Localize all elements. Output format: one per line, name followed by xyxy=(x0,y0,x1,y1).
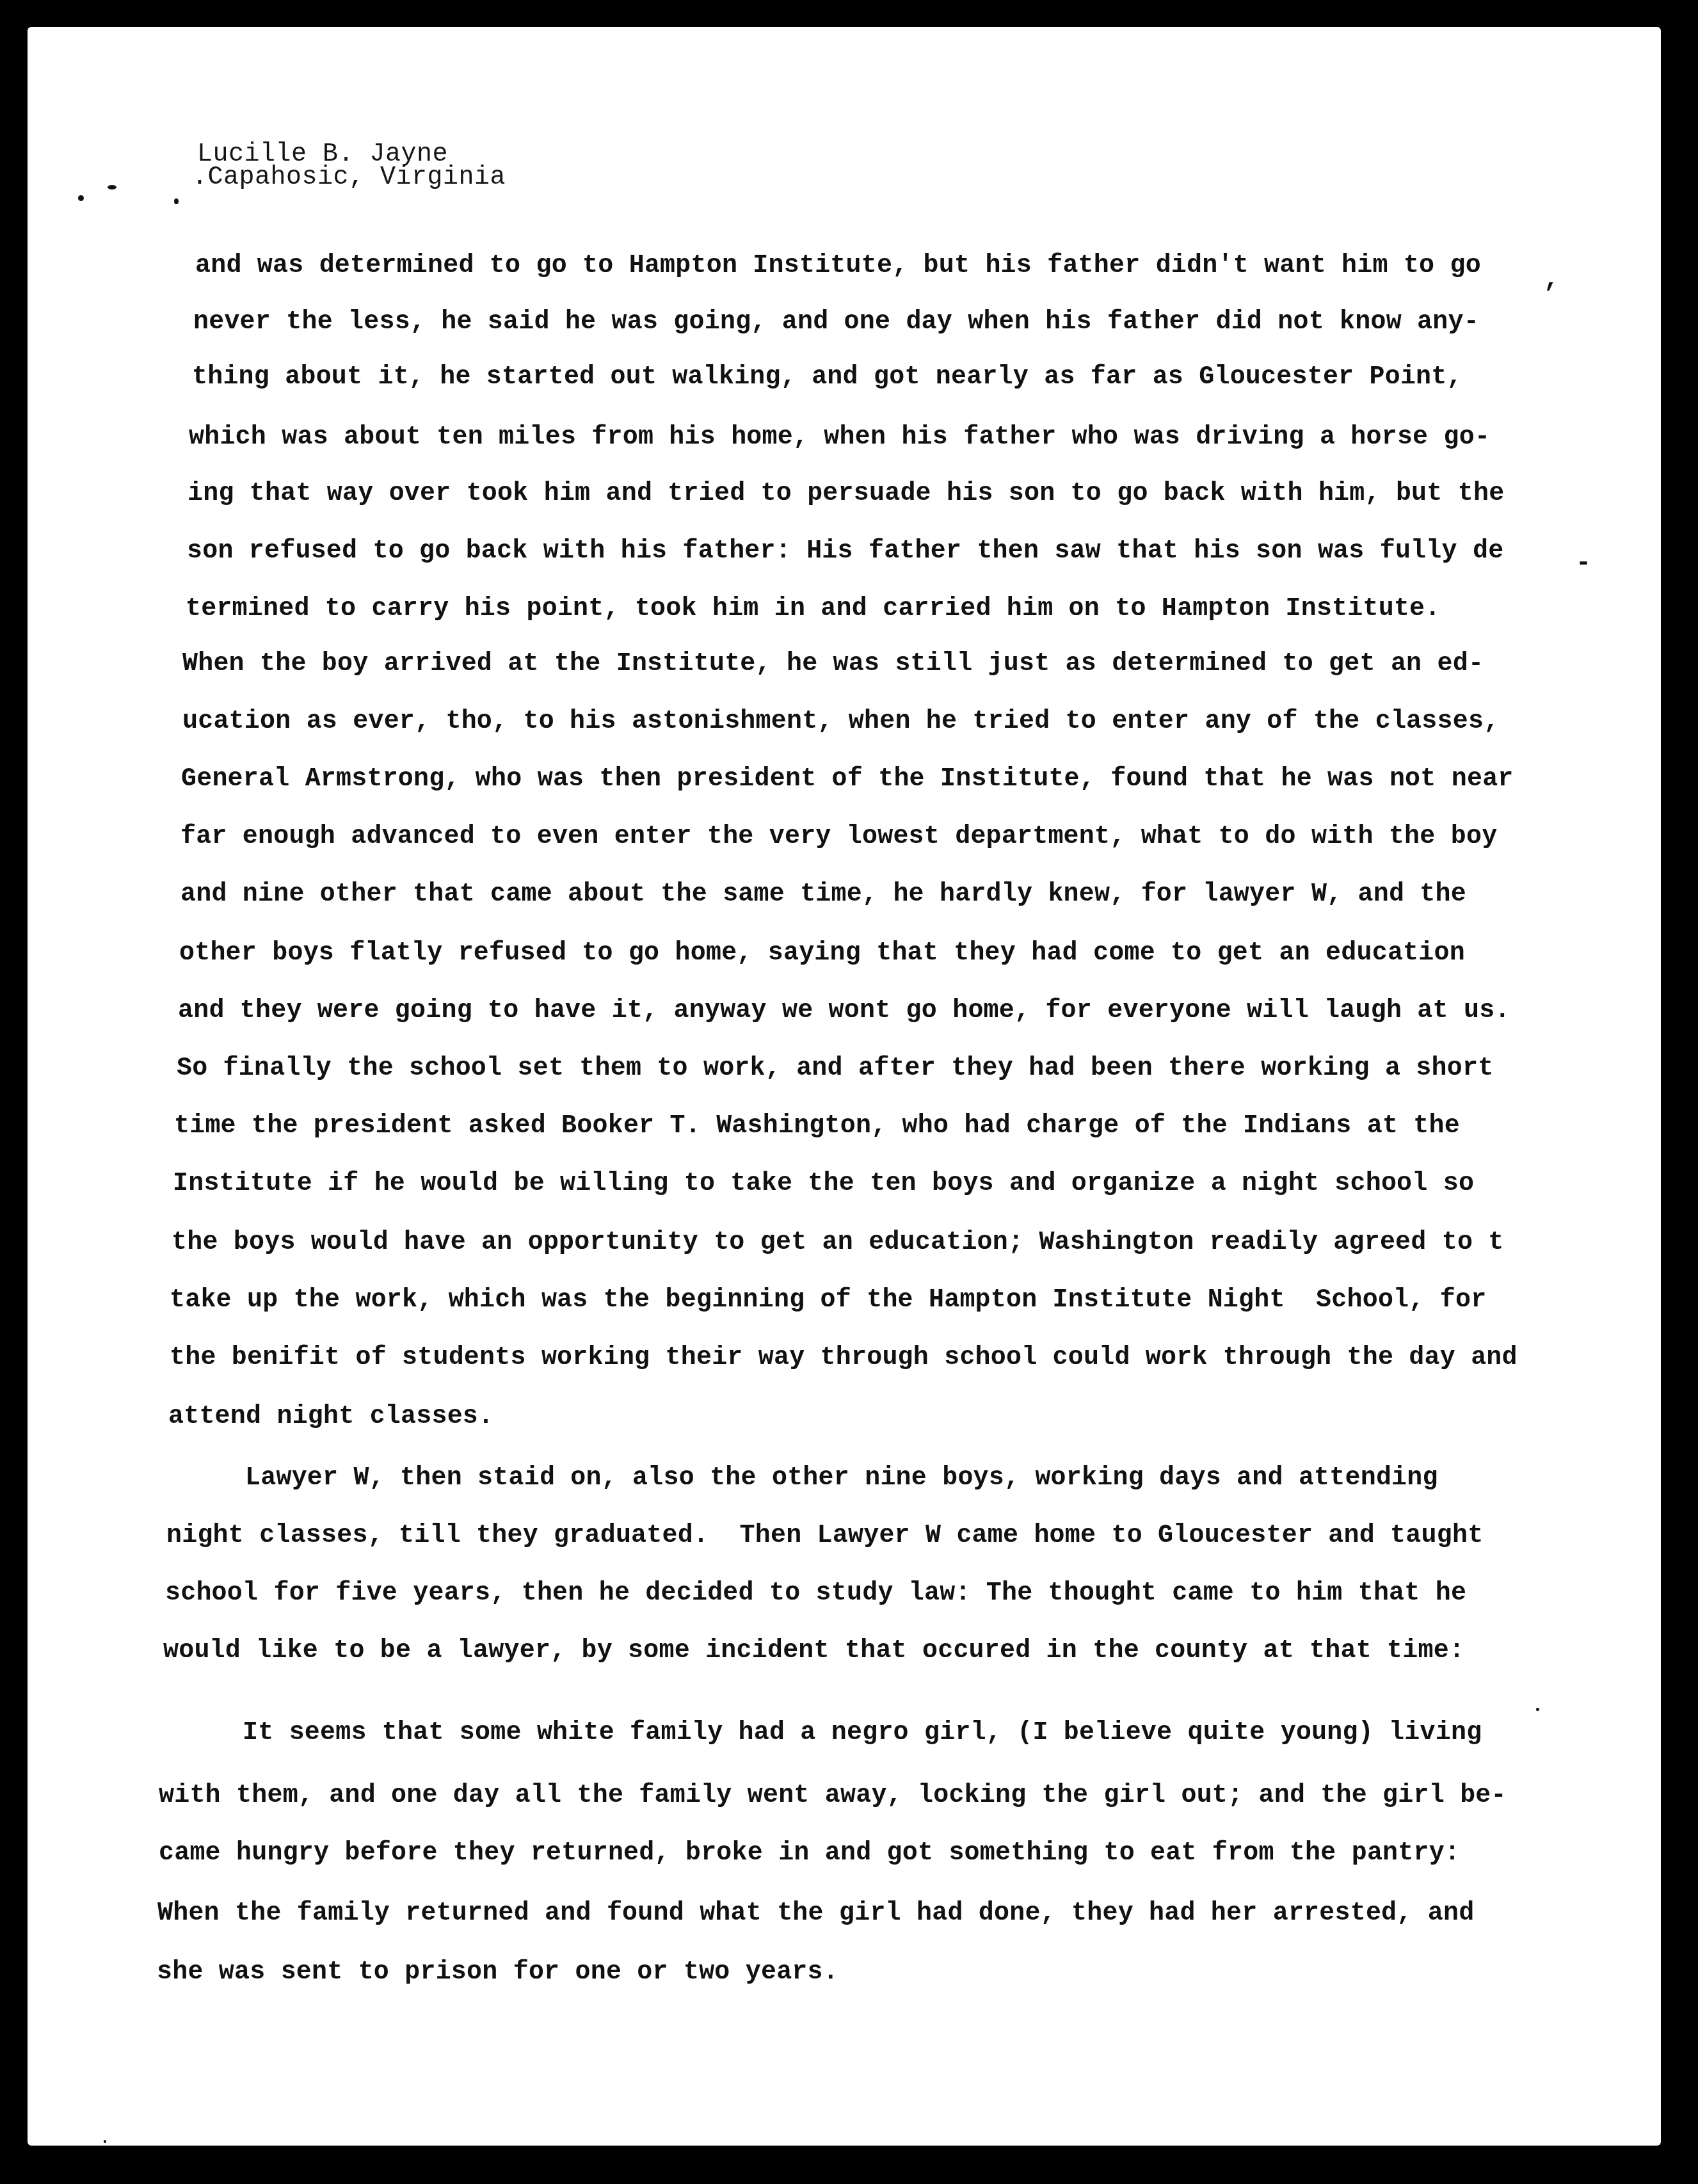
text-line: and they were going to have it, anyway w… xyxy=(178,996,1510,1027)
text-line: and nine other that came about the same … xyxy=(180,879,1466,910)
text-line: with them, and one day all the family we… xyxy=(159,1781,1507,1811)
text-line: ucation as ever, tho, to his astonishmen… xyxy=(182,707,1499,737)
ink-speck xyxy=(108,185,116,189)
text-line: night classes, till they graduated. Then… xyxy=(166,1521,1483,1552)
ink-speck xyxy=(174,198,179,204)
text-line: ing that way over took him and tried to … xyxy=(188,479,1504,510)
text-line: never the less, he said he was going, an… xyxy=(193,307,1479,338)
text-line: So finally the school set them to work, … xyxy=(177,1054,1493,1084)
text-line: attend night classes. xyxy=(168,1402,493,1433)
ink-speck xyxy=(1536,1708,1539,1711)
text-line: termined to carry his point, took him in… xyxy=(186,594,1441,625)
text-line: take up the work, which was the beginnin… xyxy=(170,1285,1486,1316)
text-line: When the family returned and found what … xyxy=(157,1899,1474,1929)
margin-dash: - xyxy=(1576,549,1591,578)
text-line: When the boy arrived at the Institute, h… xyxy=(182,649,1484,680)
text-line: the boys would have an opportunity to ge… xyxy=(172,1228,1504,1258)
text-line: other boys flatly refused to go home, sa… xyxy=(179,938,1465,969)
text-line: came hungry before they returned, broke … xyxy=(159,1838,1460,1869)
text-line: which was about ten miles from his home,… xyxy=(189,422,1490,453)
typewritten-page xyxy=(28,27,1661,2146)
text-line: son refused to go back with his father: … xyxy=(187,536,1503,567)
text-line: General Armstrong, who was then presiden… xyxy=(181,764,1514,795)
text-line: Lawyer W, then staid on, also the other … xyxy=(168,1463,1438,1494)
ink-speck xyxy=(104,2140,106,2143)
text-line: Institute if he would be willing to take… xyxy=(173,1169,1474,1200)
author-location: .Capahosic, Virginia xyxy=(192,163,506,193)
text-line: would like to be a lawyer, by some incid… xyxy=(163,1636,1464,1667)
text-line: the benifit of students working their wa… xyxy=(170,1343,1518,1374)
text-line: and was determined to go to Hampton Inst… xyxy=(195,251,1481,282)
text-line: far enough advanced to even enter the ve… xyxy=(180,822,1497,853)
text-line: It seems that some white family had a ne… xyxy=(165,1718,1482,1749)
ink-speck xyxy=(78,195,84,201)
text-line: thing about it, he started out walking, … xyxy=(192,362,1462,393)
text-line: she was sent to prison for one or two ye… xyxy=(157,1957,838,1988)
text-line: time the president asked Booker T. Washi… xyxy=(174,1111,1460,1142)
text-line: school for five years, then he decided t… xyxy=(165,1578,1466,1609)
margin-comma: , xyxy=(1544,266,1559,294)
